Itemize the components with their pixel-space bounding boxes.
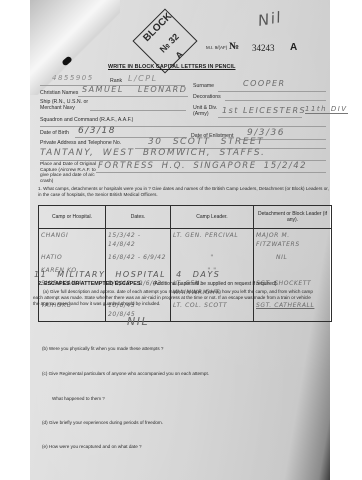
column-camp-leader: Camp Leader.: [171, 206, 254, 229]
division-value: 11th DIV: [305, 105, 348, 114]
rule: [218, 117, 302, 118]
question-a: (a) Give full description and approx. da…: [33, 289, 318, 307]
leader-cell: ": [171, 251, 254, 264]
column-dates: Dates.: [106, 206, 171, 229]
squadron-label: Squadron and Command (R.A.F., A.A.F.): [40, 117, 133, 123]
rule: [96, 172, 326, 173]
camp-cell: CHANGI: [39, 229, 106, 252]
surname-value: COOPER: [243, 79, 286, 88]
dates-cell: 15/3/42 - 14/8/42: [106, 229, 171, 252]
ship-label: Ship (R.N., U.S.N. or Merchant Navy: [40, 99, 90, 111]
question-e: (e) How were you recaptured and on what …: [42, 444, 142, 450]
camp-cell: HATIO: [39, 251, 106, 264]
hospital-note: 11 MILITARY HOSPITAL 4 DAYS: [34, 270, 220, 279]
army-number-value: 4855905: [52, 74, 94, 82]
question-c-followup: What happened to them ?: [52, 396, 105, 402]
rule: [78, 96, 188, 97]
dates-cell: 16/8/42 - 6/9/42: [106, 251, 171, 264]
capture-value: FORTRESS H.Q. SINGAPORE 15/2/42: [98, 161, 307, 171]
rank-value: L/CPL: [128, 74, 158, 83]
block-leader-cell: NIL: [254, 251, 332, 264]
rank-label: Rank: [110, 78, 122, 84]
question-c: (c) Give Regimental particulars of anyon…: [42, 371, 209, 377]
form-code: M.I. 9/(AF): [206, 45, 227, 50]
decorations-label: Decorations: [193, 94, 221, 100]
rule: [90, 110, 186, 111]
column-block-leader: Detachment or Block Leader (if any).: [254, 206, 332, 229]
form-heading: WRITE IN BLOCK CAPITAL LETTERS IN PENCIL: [108, 64, 235, 70]
table-row: CHANGI 15/3/42 - 14/8/42 LT. GEN. PERCIV…: [39, 229, 332, 252]
christian-names-value: SAMUEL LEONARD: [82, 85, 187, 94]
table-row: HATIO 16/8/42 - 6/9/42 " NIL: [39, 251, 332, 264]
section2-heading: 2. ESCAPES OR ATTEMPTED ESCAPES.: [38, 281, 142, 287]
dob-value: 6/3/18: [78, 126, 116, 136]
surname-label: Surname: [193, 83, 214, 89]
question-b: (b) Were you physically fit when you mad…: [42, 346, 163, 352]
number-symbol: №: [229, 41, 239, 52]
leader-cell: LT. GEN. PERCIVAL: [171, 229, 254, 252]
block-leader-cell: MAJOR M. FITZWATERS: [254, 229, 332, 252]
question-d: (d) Give briefly your experiences during…: [42, 420, 163, 426]
rule: [225, 100, 326, 101]
column-camp: Camp or Hospital.: [39, 206, 106, 229]
section2-note: (Additional paper will be supplied on re…: [153, 281, 278, 287]
address-label: Private Address and Telephone No.: [40, 140, 121, 146]
question-a-answer: NIL: [127, 315, 149, 328]
form-number: 34243: [252, 43, 275, 53]
address-line1: 30 SCOTT STREET: [148, 137, 264, 147]
capture-label: Place and Date of Original Capture (Airc…: [40, 162, 102, 184]
dob-label: Date of Birth: [40, 130, 69, 136]
block-leader-cell: [254, 264, 332, 277]
address-line2: TANTANY, WEST BROMWICH, STAFFS.: [40, 148, 265, 158]
form-suffix: A: [290, 42, 297, 53]
section1-question: 1. What camps, detachments or hospitals …: [38, 186, 330, 198]
unit-label: Unit & Div. (Army): [193, 105, 219, 117]
rule: [218, 91, 326, 92]
unit-value: 1st LEICESTERS: [222, 106, 306, 115]
christian-names-label: Christian Names: [40, 90, 78, 96]
